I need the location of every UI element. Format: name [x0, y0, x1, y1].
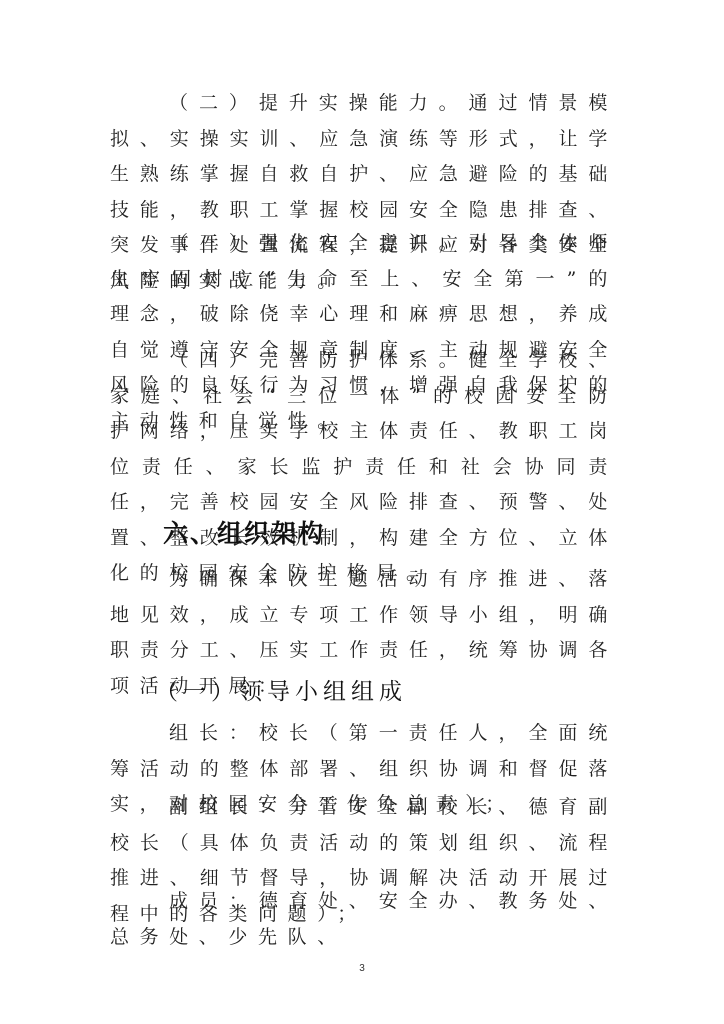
- paragraph-improve-protection-system: （四）完善防护体系。健全学校、家庭、社会“三位一体”的校园安全防护网络，压实学校…: [110, 343, 618, 592]
- sub-heading-leadership-group: （一）领导小组组成: [155, 673, 407, 706]
- document-page: （二）提升实操能力。通过情景模拟、实操实训、应急演练等形式，让学生熟练掌握自救自…: [0, 0, 724, 1024]
- page-number: 3: [0, 963, 724, 974]
- paragraph-members: 成员：德育处、安全办、教务处、总务处、少先队、: [110, 884, 618, 955]
- section-heading-organization: 六、组织架构: [163, 514, 325, 550]
